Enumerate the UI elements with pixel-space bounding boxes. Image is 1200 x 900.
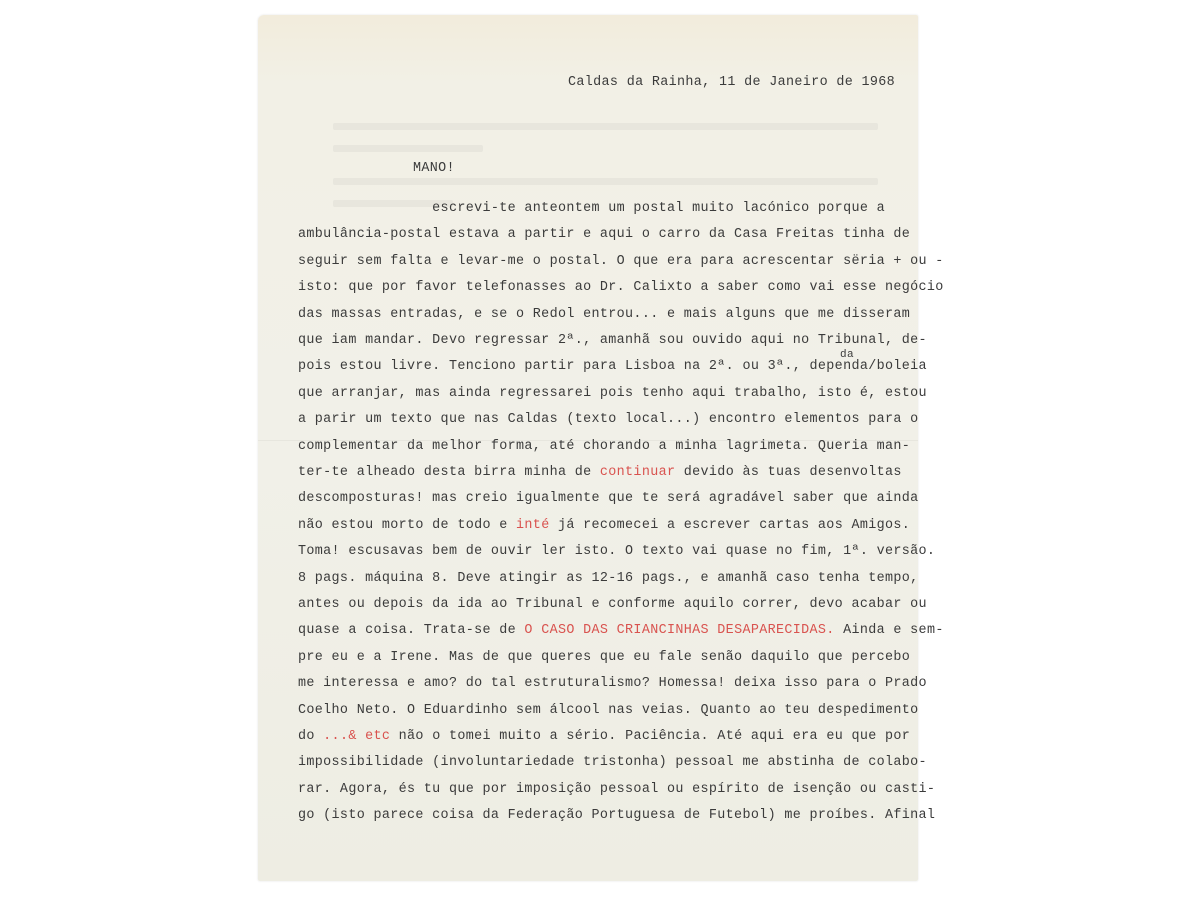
salutation: MANO! (413, 161, 455, 177)
typed-text: me interessa e amo? do tal estruturalism… (298, 676, 927, 691)
letter-line: isto: que por favor telefonasses ao Dr. … (298, 280, 944, 296)
typed-text: impossibilidade (involuntariedade tristo… (298, 755, 927, 770)
letter-line: não estou morto de todo e inté já recome… (298, 518, 910, 534)
letter-line: ambulância-postal estava a partir e aqui… (298, 227, 910, 243)
typed-text: não o tomei muito a sério. Paciência. At… (390, 729, 910, 744)
typed-text: não estou morto de todo e (298, 518, 516, 533)
typed-text: antes ou depois da ida ao Tribunal e con… (298, 597, 927, 612)
letter-line: do ...& etc não o tomei muito a sério. P… (298, 729, 910, 745)
typed-text: que iam mandar. Devo regressar 2ª., aman… (298, 333, 927, 348)
typed-text: ter-te alheado desta birra minha de (298, 465, 600, 480)
letter-line: pre eu e a Irene. Mas de que queres que … (298, 650, 910, 666)
letter-line: impossibilidade (involuntariedade tristo… (298, 755, 927, 771)
typed-text: isto: que por favor telefonasses ao Dr. … (298, 280, 944, 295)
place-date: Caldas da Rainha, 11 de Janeiro de 1968 (568, 75, 895, 91)
letter-line: das massas entradas, e se o Redol entrou… (298, 307, 910, 323)
red-ink-text: ...& etc (323, 729, 390, 744)
letter-line: descomposturas! mas creio igualmente que… (298, 491, 919, 507)
typed-text: Ainda e sem- (835, 623, 944, 638)
red-ink-text: continuar (600, 465, 675, 480)
typed-text: complementar da melhor forma, até choran… (298, 439, 910, 454)
red-ink-text: O CASO DAS CRIANCINHAS DESAPARECIDAS. (524, 623, 834, 638)
letter-line: 8 pags. máquina 8. Deve atingir as 12-16… (298, 571, 919, 587)
typed-text: ambulância-postal estava a partir e aqui… (298, 227, 910, 242)
typed-text: que arranjar, mas ainda regressarei pois… (298, 386, 927, 401)
typed-text: quase a coisa. Trata-se de (298, 623, 524, 638)
letter-line: me interessa e amo? do tal estruturalism… (298, 676, 927, 692)
show-through-text (333, 123, 878, 130)
typed-text: rar. Agora, és tu que por imposição pess… (298, 782, 935, 797)
typed-text: já recomecei a escrever cartas aos Amigo… (550, 518, 911, 533)
letter-line: complementar da melhor forma, até choran… (298, 439, 910, 455)
typed-text: descomposturas! mas creio igualmente que… (298, 491, 919, 506)
letter-line: quase a coisa. Trata-se de O CASO DAS CR… (298, 623, 944, 639)
letter-line: que arranjar, mas ainda regressarei pois… (298, 386, 927, 402)
typed-text: do (298, 729, 323, 744)
letter-line: seguir sem falta e levar-me o postal. O … (298, 254, 944, 270)
letter-line: ter-te alheado desta birra minha de cont… (298, 465, 902, 481)
typed-text: Coelho Neto. O Eduardinho sem álcool nas… (298, 703, 919, 718)
typed-text: go (isto parece coisa da Federação Portu… (298, 808, 935, 823)
letter-line: pois estou livre. Tenciono partir para L… (298, 359, 927, 375)
typed-text: pois estou livre. Tenciono partir para L… (298, 359, 927, 374)
typed-text: das massas entradas, e se o Redol entrou… (298, 307, 910, 322)
letter-line: Coelho Neto. O Eduardinho sem álcool nas… (298, 703, 919, 719)
typed-text: pre eu e a Irene. Mas de que queres que … (298, 650, 910, 665)
show-through-text (333, 178, 878, 185)
typed-text: Toma! escusavas bem de ouvir ler isto. O… (298, 544, 935, 559)
typed-text: 8 pags. máquina 8. Deve atingir as 12-16… (298, 571, 919, 586)
letter-line: Toma! escusavas bem de ouvir ler isto. O… (298, 544, 935, 560)
typed-text: seguir sem falta e levar-me o postal. O … (298, 254, 944, 269)
letter-line: rar. Agora, és tu que por imposição pess… (298, 782, 935, 798)
typed-text: devido às tuas desenvoltas (675, 465, 901, 480)
letter-line: go (isto parece coisa da Federação Portu… (298, 808, 935, 824)
letter-line: que iam mandar. Devo regressar 2ª., aman… (298, 333, 927, 349)
letter-line: escrevi-te anteontem um postal muito lac… (298, 201, 885, 217)
typed-text: a parir um texto que nas Caldas (texto l… (298, 412, 919, 427)
typed-text: escrevi-te anteontem um postal muito lac… (298, 201, 885, 216)
letter-line: antes ou depois da ida ao Tribunal e con… (298, 597, 927, 613)
letter-page: Caldas da Rainha, 11 de Janeiro de 1968 … (258, 15, 918, 881)
red-ink-text: inté (516, 518, 550, 533)
show-through-text (333, 145, 483, 152)
letter-line: a parir um texto que nas Caldas (texto l… (298, 412, 919, 428)
